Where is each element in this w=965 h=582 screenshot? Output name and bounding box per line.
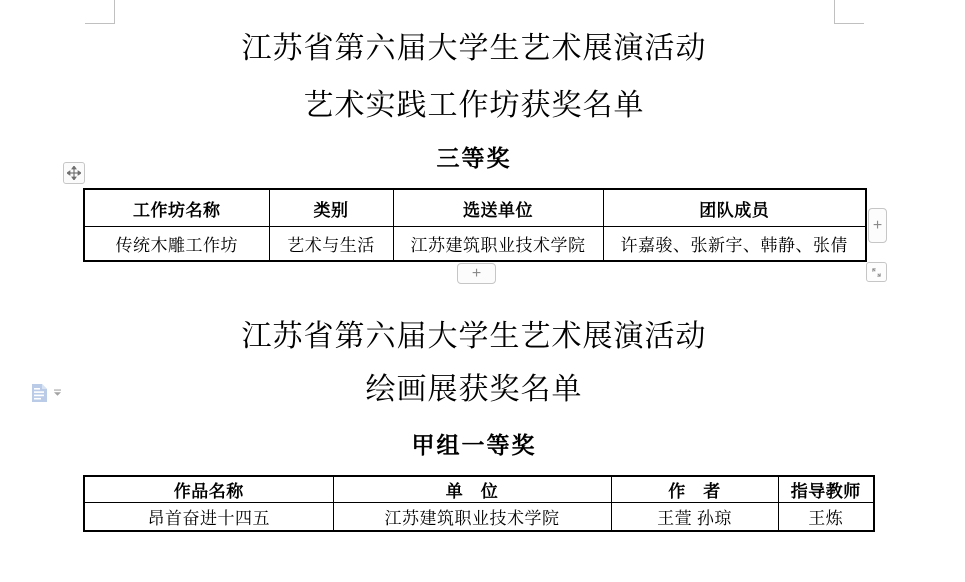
diagonal-resize-icon xyxy=(870,266,883,279)
header-row: 工作坊名称类别选送单位团队成员 xyxy=(84,189,866,227)
table-row: 传统木雕工作坊艺术与生活江苏建筑职业技术学院许嘉骏、张新宇、韩静、张倩 xyxy=(84,227,866,262)
column-header: 作品名称 xyxy=(84,476,333,503)
column-header: 工作坊名称 xyxy=(84,189,269,227)
workshop-awards-table: 工作坊名称类别选送单位团队成员传统木雕工作坊艺术与生活江苏建筑职业技术学院许嘉骏… xyxy=(83,188,867,262)
column-header: 单 位 xyxy=(333,476,611,503)
margin-mark-top-left-vertical xyxy=(114,0,115,24)
column-header: 选送单位 xyxy=(393,189,603,227)
column-header: 团队成员 xyxy=(603,189,866,227)
section2-title-line2: 绘画展获奖名单 xyxy=(0,372,948,408)
column-header: 作 者 xyxy=(611,476,778,503)
document-page: 江苏省第六届大学生艺术展演活动 艺术实践工作坊获奖名单 三等奖 工作坊名称类别选… xyxy=(0,0,965,582)
table-cell: 传统木雕工作坊 xyxy=(84,227,269,262)
margin-mark-top-right-vertical xyxy=(834,0,835,24)
margin-mark-top-right-horizontal xyxy=(834,23,864,24)
section2-title-line1: 江苏省第六届大学生艺术展演活动 xyxy=(0,319,948,355)
column-header: 类别 xyxy=(269,189,393,227)
table-cell: 王炼 xyxy=(778,503,874,532)
table-cell: 许嘉骏、张新宇、韩静、张倩 xyxy=(603,227,866,262)
table-resize-handle[interactable] xyxy=(866,262,887,282)
table-row: 昂首奋进十四五江苏建筑职业技术学院王萱 孙琼王炼 xyxy=(84,503,874,532)
section1-award-level: 三等奖 xyxy=(0,145,948,173)
header-row: 作品名称单 位作 者指导教师 xyxy=(84,476,874,503)
table-cell: 王萱 孙琼 xyxy=(611,503,778,532)
add-row-button[interactable]: + xyxy=(457,263,496,284)
section1-title-line1: 江苏省第六届大学生艺术展演活动 xyxy=(0,31,948,67)
section2-award-level: 甲组一等奖 xyxy=(0,432,948,460)
margin-mark-top-left-horizontal xyxy=(85,23,115,24)
column-header: 指导教师 xyxy=(778,476,874,503)
table-move-handle[interactable] xyxy=(63,162,85,184)
table-cell: 江苏建筑职业技术学院 xyxy=(333,503,611,532)
move-cross-icon xyxy=(67,166,81,180)
table-cell: 昂首奋进十四五 xyxy=(84,503,333,532)
add-column-button[interactable]: + xyxy=(868,208,887,243)
table-cell: 艺术与生活 xyxy=(269,227,393,262)
table-cell: 江苏建筑职业技术学院 xyxy=(393,227,603,262)
painting-awards-table: 作品名称单 位作 者指导教师昂首奋进十四五江苏建筑职业技术学院王萱 孙琼王炼 xyxy=(83,475,875,532)
section1-title-line2: 艺术实践工作坊获奖名单 xyxy=(0,88,948,124)
